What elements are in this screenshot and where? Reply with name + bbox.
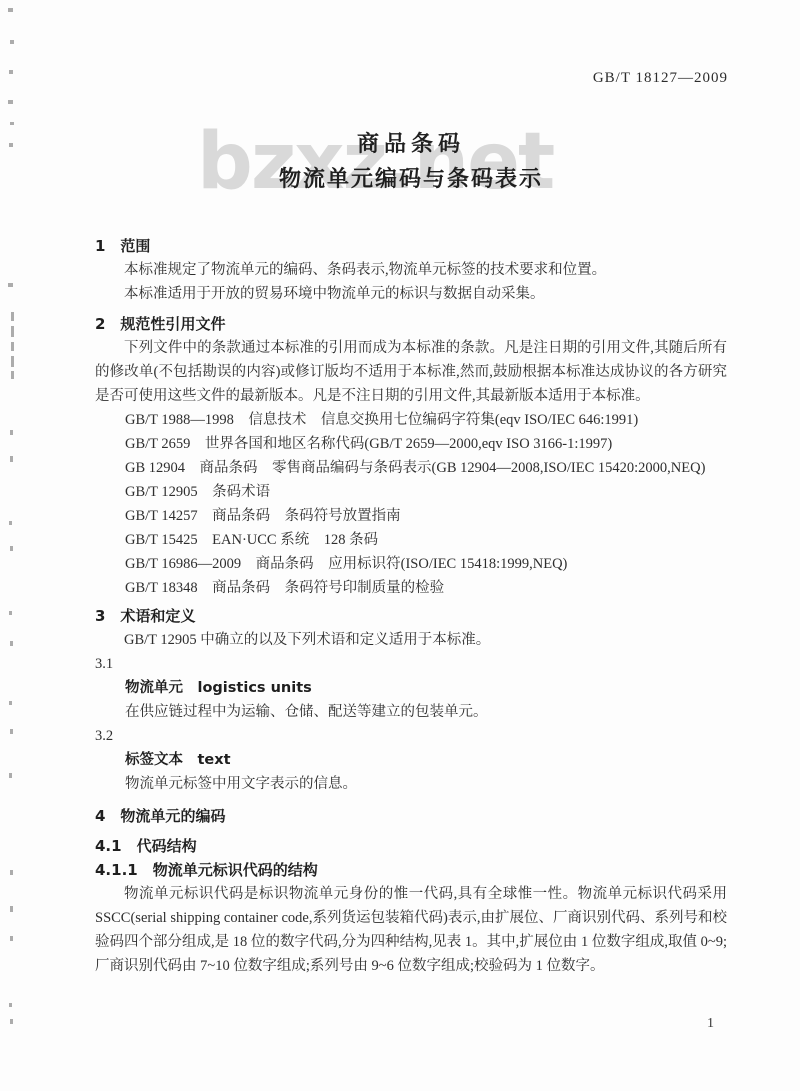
section-4-1-heading: 4.1 代码结构 [95,834,727,858]
definition-logistics-units: 在供应链过程中为运输、仓储、配送等建立的包装单元。 [95,700,727,724]
scan-mark [8,283,13,287]
reference-item: GB/T 2659 世界各国和地区名称代码(GB/T 2659—2000,eqv… [95,432,727,456]
scan-mark [10,906,13,912]
document-body: 1 范围 本标准规定了物流单元的编码、条码表示,物流单元标签的技术要求和位置。 … [95,230,727,978]
section-4-1-1-paragraph: 物流单元标识代码是标识物流单元身份的惟一代码,具有全球惟一性。物流单元标识代码采… [95,882,727,978]
reference-item: GB/T 12905 条码术语 [95,480,727,504]
reference-item: GB/T 14257 商品条码 条码符号放置指南 [95,504,727,528]
reference-item: GB/T 16986—2009 商品条码 应用标识符(ISO/IEC 15418… [95,552,727,576]
scan-mark [8,100,13,104]
scan-mark [10,729,13,734]
document-page: GB/T 18127—2009 bzxz.net 商品条码 物流单元编码与条码表… [0,0,800,1091]
scan-mark [10,936,13,941]
scan-mark [10,546,13,551]
section-1-heading: 1 范围 [95,234,727,258]
section-2-heading: 2 规范性引用文件 [95,312,727,336]
scan-mark [11,312,14,321]
scan-mark [9,773,12,778]
scan-mark [9,611,12,615]
reference-item: GB/T 1988—1998 信息技术 信息交换用七位编码字符集(eqv ISO… [95,408,727,432]
scan-mark [10,641,13,646]
reference-item: GB 12904 商品条码 零售商品编码与条码表示(GB 12904—2008,… [95,456,727,480]
reference-item: GB/T 15425 EAN·UCC 系统 128 条码 [95,528,727,552]
reference-item: GB/T 18348 商品条码 条码符号印制质量的检验 [95,576,727,600]
scan-mark [9,521,12,525]
clause-3-2-number: 3.2 [95,724,727,748]
definition-label-text: 物流单元标签中用文字表示的信息。 [95,772,727,796]
page-number: 1 [707,1016,714,1032]
scan-mark [8,8,13,12]
title-line-1: 商品条码 [95,128,727,162]
section-4-1-1-heading: 4.1.1 物流单元标识代码的结构 [95,858,727,882]
term-label-text: 标签文本 text [95,748,727,772]
standard-number: GB/T 18127—2009 [593,70,728,87]
scan-mark [9,1003,12,1007]
section-3-heading: 3 术语和定义 [95,604,727,628]
scan-mark [9,701,12,705]
title-line-2: 物流单元编码与条码表示 [95,162,727,198]
scan-mark [9,143,13,147]
section-1-paragraph-1: 本标准规定了物流单元的编码、条码表示,物流单元标签的技术要求和位置。 [95,258,727,282]
section-1-paragraph-2: 本标准适用于开放的贸易环境中物流单元的标识与数据自动采集。 [95,282,727,306]
scan-mark [10,122,14,125]
scan-mark [10,456,13,462]
scan-mark [11,356,14,367]
scan-mark [11,326,14,337]
scan-mark [9,70,13,74]
scan-mark [10,40,14,44]
clause-3-1-number: 3.1 [95,652,727,676]
section-3-intro: GB/T 12905 中确立的以及下列术语和定义适用于本标准。 [95,628,727,652]
scan-mark [10,430,13,435]
scan-mark [11,342,14,351]
section-4-heading: 4 物流单元的编码 [95,804,727,828]
document-title: 商品条码 物流单元编码与条码表示 [95,128,727,198]
scan-mark [10,870,13,875]
scan-mark [11,371,14,379]
term-logistics-units: 物流单元 logistics units [95,676,727,700]
section-2-intro: 下列文件中的条款通过本标准的引用而成为本标准的条款。凡是注日期的引用文件,其随后… [95,336,727,408]
scan-mark [10,1019,13,1024]
